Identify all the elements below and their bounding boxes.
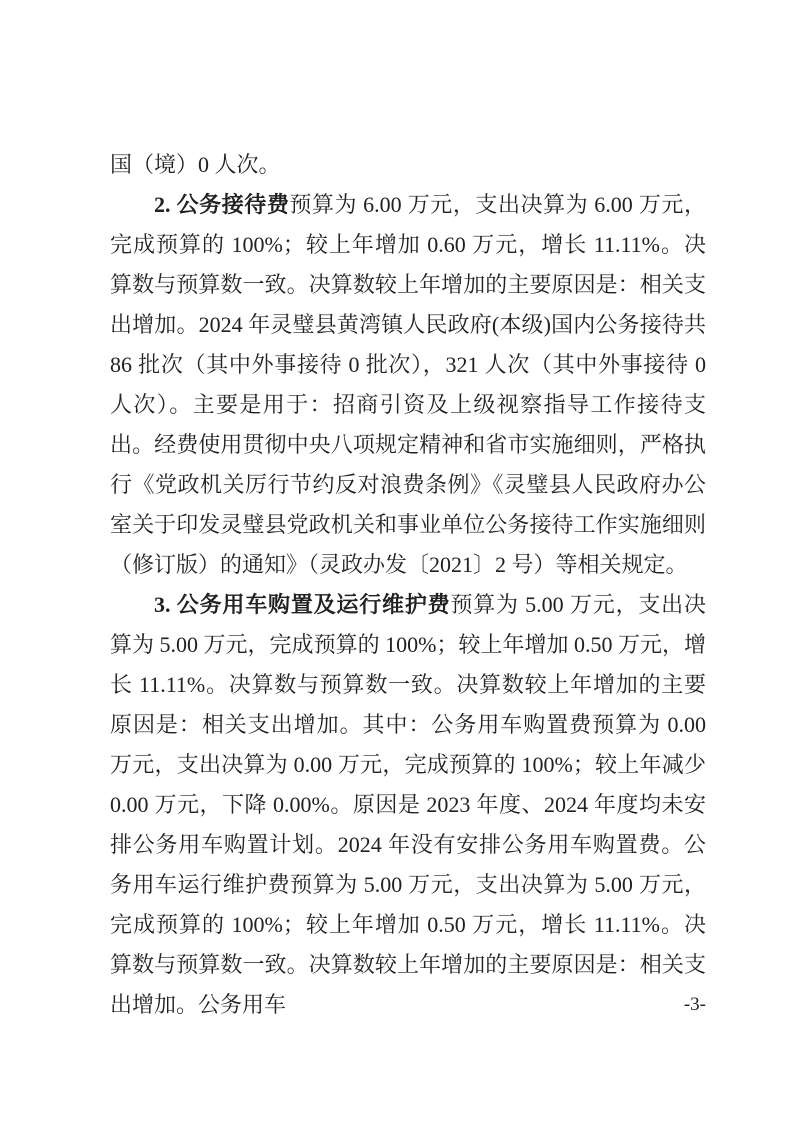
document-body: 国（境）0 人次。 2. 公务接待费预算为 6.00 万元，支出决算为 6.00… [110, 145, 706, 1025]
section-heading-official-reception-expense: 2. 公务接待费 [154, 192, 289, 217]
paragraph-official-vehicle-expense-text: 预算为 5.00 万元，支出决算为 5.00 万元，完成预算的 100%；较上年… [110, 592, 706, 1017]
paragraph-official-reception-expense: 2. 公务接待费预算为 6.00 万元，支出决算为 6.00 万元，完成预算的 … [110, 185, 706, 585]
page-footer: -3- [110, 990, 706, 1020]
paragraph-continuation-text: 国（境）0 人次。 [110, 152, 281, 177]
paragraph-official-vehicle-expense: 3. 公务用车购置及运行维护费预算为 5.00 万元，支出决算为 5.00 万元… [110, 585, 706, 1025]
paragraph-official-reception-expense-text: 预算为 6.00 万元，支出决算为 6.00 万元，完成预算的 100%；较上年… [110, 192, 706, 577]
page-number: -3- [684, 994, 706, 1015]
document-page: 国（境）0 人次。 2. 公务接待费预算为 6.00 万元，支出决算为 6.00… [0, 0, 793, 1122]
paragraph-continuation: 国（境）0 人次。 [110, 145, 706, 185]
section-heading-official-vehicle-expense: 3. 公务用车购置及运行维护费 [154, 592, 450, 617]
